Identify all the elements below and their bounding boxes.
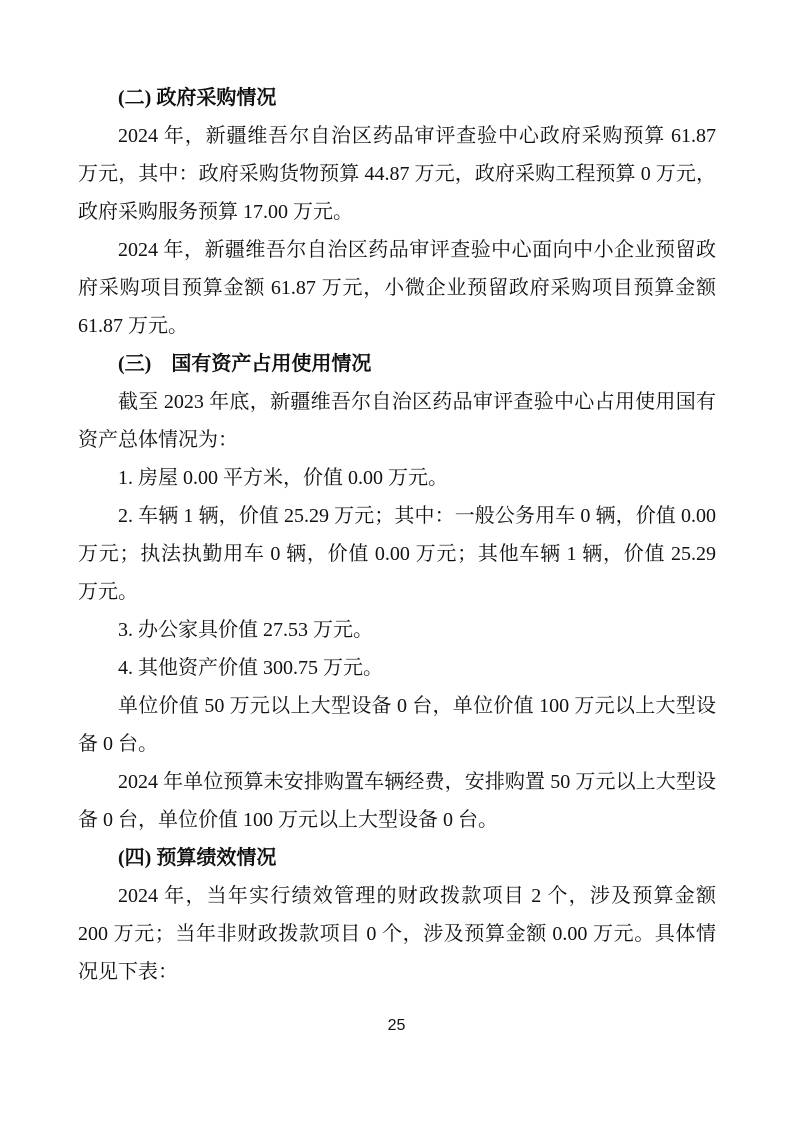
list-item-other-assets: 4. 其他资产价值 300.75 万元。 bbox=[78, 649, 716, 687]
document-body: (二) 政府采购情况 2024 年，新疆维吾尔自治区药品审评查验中心政府采购预算… bbox=[78, 79, 716, 991]
section-heading-state-assets: (三) 国有资产占用使用情况 bbox=[78, 345, 716, 383]
document-page: (二) 政府采购情况 2024 年，新疆维吾尔自治区药品审评查验中心政府采购预算… bbox=[0, 0, 793, 1122]
list-item-vehicles: 2. 车辆 1 辆，价值 25.29 万元；其中：一般公务用车 0 辆，价值 0… bbox=[78, 497, 716, 611]
list-item-office-furniture: 3. 办公家具价值 27.53 万元。 bbox=[78, 611, 716, 649]
paragraph-performance-projects: 2024 年，当年实行绩效管理的财政拨款项目 2 个，涉及预算金额 200 万元… bbox=[78, 877, 716, 991]
paragraph-procurement-budget: 2024 年，新疆维吾尔自治区药品审评查验中心政府采购预算 61.87 万元，其… bbox=[78, 117, 716, 231]
paragraph-large-equipment: 单位价值 50 万元以上大型设备 0 台，单位价值 100 万元以上大型设备 0… bbox=[78, 687, 716, 763]
section-heading-government-procurement: (二) 政府采购情况 bbox=[78, 79, 716, 117]
paragraph-assets-overview: 截至 2023 年底，新疆维吾尔自治区药品审评查验中心占用使用国有资产总体情况为… bbox=[78, 383, 716, 459]
list-item-housing: 1. 房屋 0.00 平方米，价值 0.00 万元。 bbox=[78, 459, 716, 497]
page-number: 25 bbox=[0, 1014, 793, 1038]
section-heading-budget-performance: (四) 预算绩效情况 bbox=[78, 839, 716, 877]
paragraph-procurement-sme-reserved: 2024 年，新疆维吾尔自治区药品审评查验中心面向中小企业预留政府采购项目预算金… bbox=[78, 231, 716, 345]
paragraph-2024-budget-arrangement: 2024 年单位预算未安排购置车辆经费，安排购置 50 万元以上大型设备 0 台… bbox=[78, 763, 716, 839]
